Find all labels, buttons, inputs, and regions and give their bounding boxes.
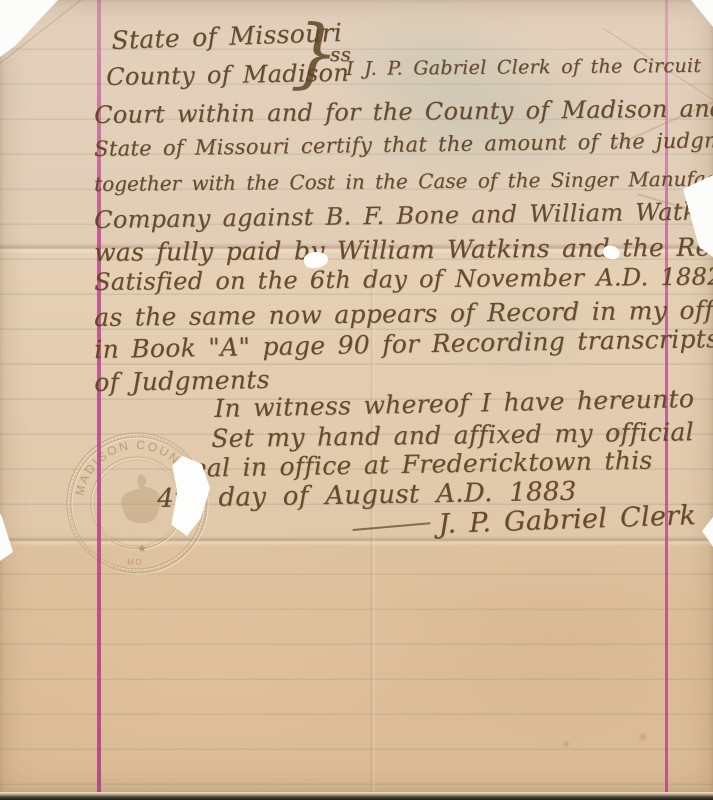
scan-edge-shadow	[0, 792, 713, 800]
document-paper: MADISON COUNTY CIRCUIT COURT ★ MO. } Sta…	[0, 0, 713, 793]
paper-edge-shading	[0, 0, 713, 793]
scanned-document: MADISON COUNTY CIRCUIT COURT ★ MO. } Sta…	[0, 0, 713, 800]
